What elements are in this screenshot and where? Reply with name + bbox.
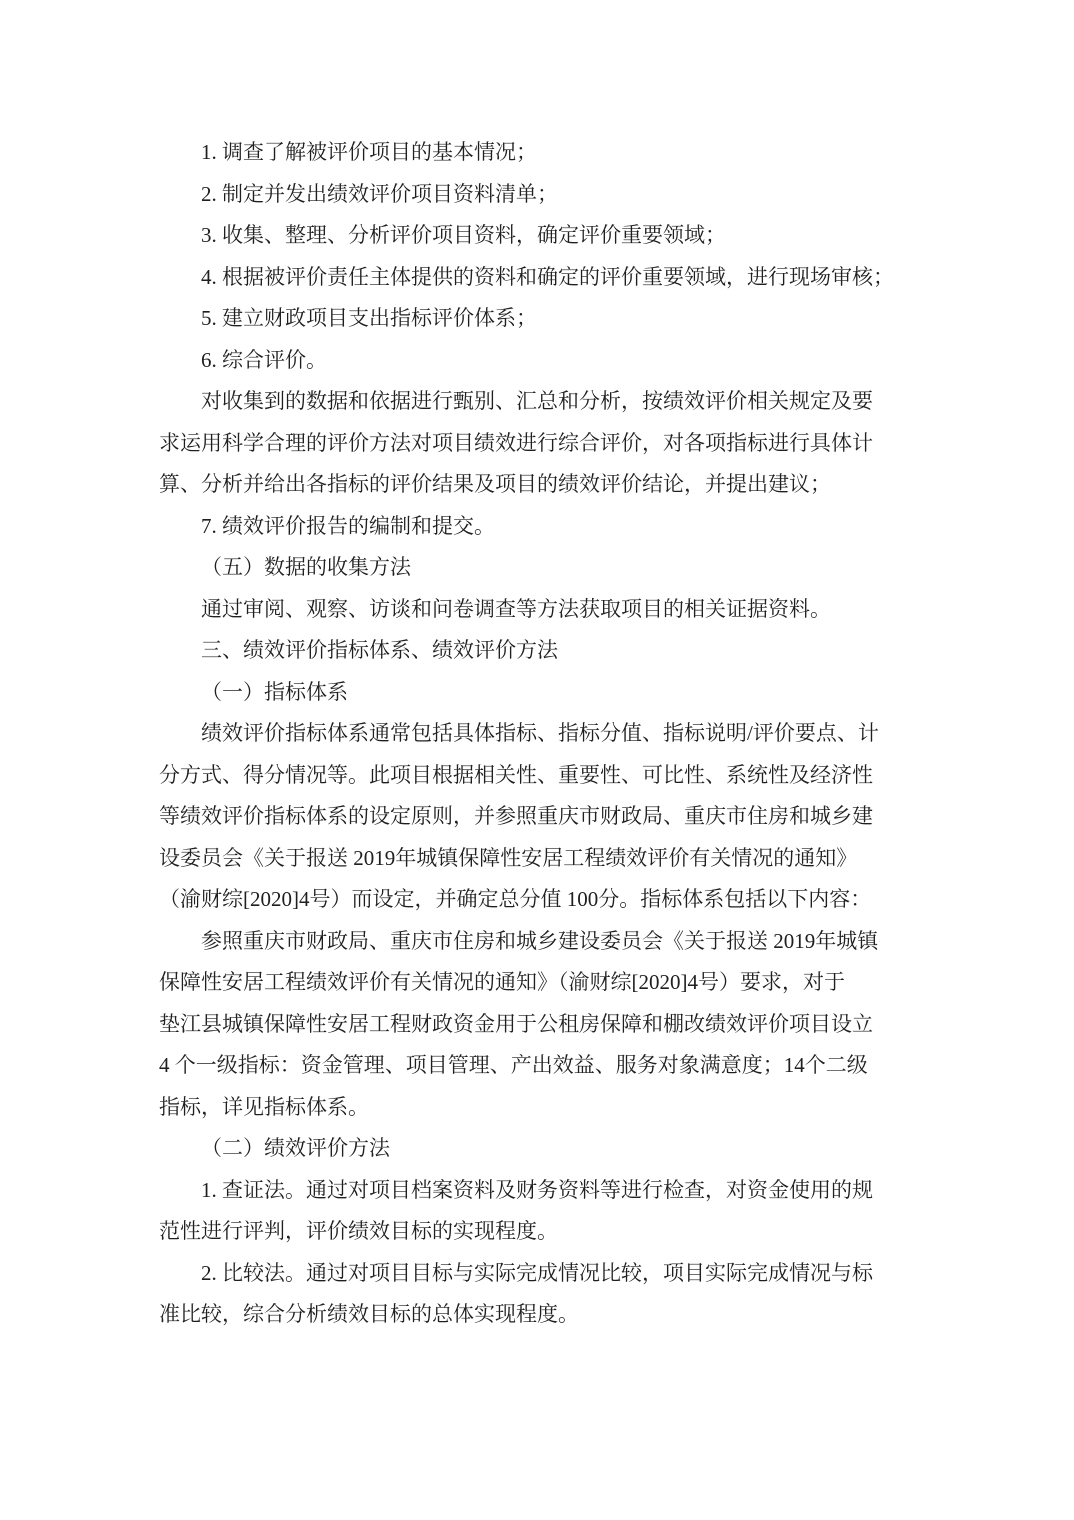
text-line: 2. 制定并发出绩效评价项目资料清单； xyxy=(159,174,941,216)
text-line: 准比较，综合分析绩效目标的总体实现程度。 xyxy=(159,1294,941,1336)
text-line: 通过审阅、观察、访谈和问卷调查等方法获取项目的相关证据资料。 xyxy=(159,589,941,631)
text-line: 3. 收集、整理、分析评价项目资料，确定评价重要领域； xyxy=(159,215,941,257)
text-line: 1. 调查了解被评价项目的基本情况； xyxy=(159,132,941,174)
text-line: 6. 综合评价。 xyxy=(159,340,941,382)
text-line: 求运用科学合理的评价方法对项目绩效进行综合评价，对各项指标进行具体计 xyxy=(159,423,941,465)
text-line: 7. 绩效评价报告的编制和提交。 xyxy=(159,506,941,548)
document-text-block: 1. 调查了解被评价项目的基本情况；2. 制定并发出绩效评价项目资料清单；3. … xyxy=(159,132,941,1336)
text-line: 垫江县城镇保障性安居工程财政资金用于公租房保障和棚改绩效评价项目设立 xyxy=(159,1004,941,1046)
text-line: 分方式、得分情况等。此项目根据相关性、重要性、可比性、系统性及经济性 xyxy=(159,755,941,797)
text-line: 对收集到的数据和依据进行甄别、汇总和分析，按绩效评价相关规定及要 xyxy=(159,381,941,423)
document-page: 1. 调查了解被评价项目的基本情况；2. 制定并发出绩效评价项目资料清单；3. … xyxy=(0,0,1074,1520)
text-line: 等绩效评价指标体系的设定原则，并参照重庆市财政局、重庆市住房和城乡建 xyxy=(159,796,941,838)
text-line: 参照重庆市财政局、重庆市住房和城乡建设委员会《关于报送 2019年城镇 xyxy=(159,921,941,963)
text-line: 指标，详见指标体系。 xyxy=(159,1087,941,1129)
text-line: 1. 查证法。通过对项目档案资料及财务资料等进行检查，对资金使用的规 xyxy=(159,1170,941,1212)
text-line: （五）数据的收集方法 xyxy=(159,547,941,589)
text-line: 保障性安居工程绩效评价有关情况的通知》（渝财综[2020]4号）要求，对于 xyxy=(159,962,941,1004)
text-line: （二）绩效评价方法 xyxy=(159,1128,941,1170)
text-line: 2. 比较法。通过对项目目标与实际完成情况比较，项目实际完成情况与标 xyxy=(159,1253,941,1295)
text-line: 绩效评价指标体系通常包括具体指标、指标分值、指标说明/评价要点、计 xyxy=(159,713,941,755)
text-line: 4 个一级指标：资金管理、项目管理、产出效益、服务对象满意度；14个二级 xyxy=(159,1045,941,1087)
text-line: 设委员会《关于报送 2019年城镇保障性安居工程绩效评价有关情况的通知》 xyxy=(159,838,941,880)
text-line: （一）指标体系 xyxy=(159,672,941,714)
text-line: （渝财综[2020]4号）而设定，并确定总分值 100分。指标体系包括以下内容： xyxy=(159,879,941,921)
text-line: 三、绩效评价指标体系、绩效评价方法 xyxy=(159,630,941,672)
text-line: 算、分析并给出各指标的评价结果及项目的绩效评价结论，并提出建议； xyxy=(159,464,941,506)
text-line: 范性进行评判，评价绩效目标的实现程度。 xyxy=(159,1211,941,1253)
text-line: 4. 根据被评价责任主体提供的资料和确定的评价重要领域，进行现场审核； xyxy=(159,257,941,299)
text-line: 5. 建立财政项目支出指标评价体系； xyxy=(159,298,941,340)
